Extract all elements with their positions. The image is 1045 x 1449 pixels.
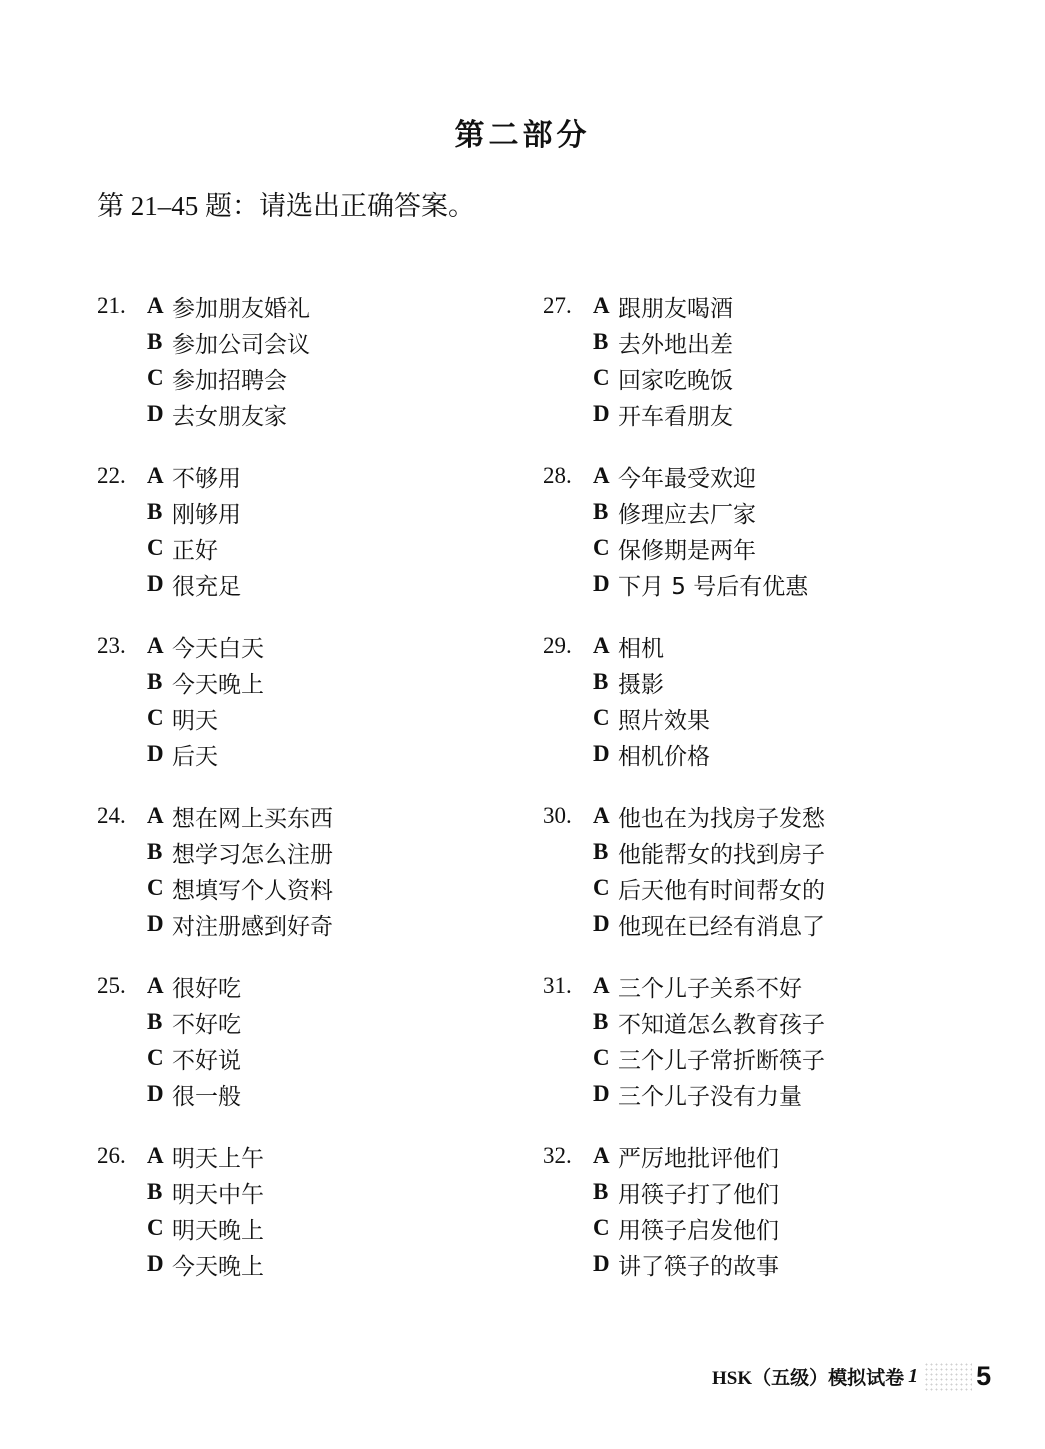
- option-letter: A: [593, 633, 618, 659]
- option-list: A今年最受欢迎 B修理应去厂家 C保修期是两年 D下月 5 号后有优惠: [593, 458, 808, 602]
- option-text: 明天中午: [172, 1176, 264, 1209]
- option-letter: C: [147, 535, 172, 561]
- option-letter: A: [147, 633, 172, 659]
- option-text: 下月 5 号后有优惠: [618, 568, 808, 601]
- option-c[interactable]: C明天: [147, 700, 264, 736]
- option-c[interactable]: C想填写个人资料: [147, 870, 333, 906]
- instruction: 第 21–45 题：请选出正确答案。: [97, 184, 475, 223]
- option-letter: D: [593, 1081, 618, 1107]
- option-c[interactable]: C正好: [147, 530, 241, 566]
- section-title: 第二部分: [0, 110, 1045, 154]
- option-text: 去外地出差: [618, 326, 733, 359]
- question-number: 28.: [543, 458, 572, 494]
- question-number: 27.: [543, 288, 572, 324]
- option-c[interactable]: C回家吃晚饭: [593, 360, 733, 396]
- option-letter: C: [147, 365, 172, 391]
- option-text: 三个儿子关系不好: [618, 970, 802, 1003]
- option-text: 后天: [172, 738, 218, 771]
- option-letter: C: [593, 705, 618, 731]
- option-letter: D: [593, 571, 618, 597]
- option-text: 用筷子启发他们: [618, 1212, 779, 1245]
- option-letter: D: [147, 1081, 172, 1107]
- option-list: A不够用 B刚够用 C正好 D很充足: [147, 458, 241, 602]
- instruction-suffix: 题：请选出正确答案。: [205, 191, 475, 221]
- option-c[interactable]: C明天晚上: [147, 1210, 264, 1246]
- option-text: 跟朋友喝酒: [618, 290, 733, 323]
- option-d[interactable]: D今天晚上: [147, 1246, 264, 1282]
- option-letter: D: [147, 1251, 172, 1277]
- option-text: 对注册感到好奇: [172, 908, 333, 941]
- option-list: A他也在为找房子发愁 B他能帮女的找到房子 C后天他有时间帮女的 D他现在已经有…: [593, 798, 825, 942]
- footer-title: HSK（五级）模拟试卷: [712, 1363, 904, 1390]
- option-d[interactable]: D对注册感到好奇: [147, 906, 333, 942]
- option-list: A想在网上买东西 B想学习怎么注册 C想填写个人资料 D对注册感到好奇: [147, 798, 333, 942]
- option-text: 不够用: [172, 460, 241, 493]
- option-letter: B: [147, 1009, 172, 1035]
- option-a[interactable]: A今天白天: [147, 628, 264, 664]
- option-list: A三个儿子关系不好 B不知道怎么教育孩子 C三个儿子常折断筷子 D三个儿子没有力…: [593, 968, 825, 1112]
- option-d[interactable]: D下月 5 号后有优惠: [593, 566, 808, 602]
- option-letter: A: [593, 803, 618, 829]
- option-text: 相机价格: [618, 738, 710, 771]
- question-number: 31.: [543, 968, 572, 1004]
- option-text: 今天晚上: [172, 1248, 264, 1281]
- option-d[interactable]: D去女朋友家: [147, 396, 310, 432]
- option-b[interactable]: B修理应去厂家: [593, 494, 808, 530]
- option-letter: D: [593, 741, 618, 767]
- option-letter: B: [147, 1179, 172, 1205]
- option-text: 去女朋友家: [172, 398, 287, 431]
- option-text: 明天上午: [172, 1140, 264, 1173]
- option-c[interactable]: C三个儿子常折断筷子: [593, 1040, 825, 1076]
- option-letter: B: [147, 669, 172, 695]
- option-b[interactable]: B参加公司会议: [147, 324, 310, 360]
- option-d[interactable]: D相机价格: [593, 736, 710, 772]
- option-letter: B: [593, 1009, 618, 1035]
- option-list: A很好吃 B不好吃 C不好说 D很一般: [147, 968, 241, 1112]
- option-letter: A: [593, 1143, 618, 1169]
- option-text: 想填写个人资料: [172, 872, 333, 905]
- option-text: 明天晚上: [172, 1212, 264, 1245]
- option-letter: D: [147, 571, 172, 597]
- option-letter: B: [593, 329, 618, 355]
- option-text: 参加招聘会: [172, 362, 287, 395]
- option-d[interactable]: D很充足: [147, 566, 241, 602]
- option-letter: C: [147, 875, 172, 901]
- option-a[interactable]: A参加朋友婚礼: [147, 288, 310, 324]
- option-c[interactable]: C照片效果: [593, 700, 710, 736]
- question-number: 23.: [97, 628, 126, 664]
- option-text: 他能帮女的找到房子: [618, 836, 825, 869]
- option-a[interactable]: A严厉地批评他们: [593, 1138, 779, 1174]
- option-a[interactable]: A很好吃: [147, 968, 241, 1004]
- option-list: A相机 B摄影 C照片效果 D相机价格: [593, 628, 710, 772]
- option-letter: D: [593, 911, 618, 937]
- option-text: 今年最受欢迎: [618, 460, 756, 493]
- option-text: 想学习怎么注册: [172, 836, 333, 869]
- option-letter: C: [593, 1215, 618, 1241]
- option-letter: B: [147, 329, 172, 355]
- option-text: 严厉地批评他们: [618, 1140, 779, 1173]
- option-letter: A: [147, 1143, 172, 1169]
- option-letter: D: [593, 401, 618, 427]
- option-b[interactable]: B想学习怎么注册: [147, 834, 333, 870]
- option-letter: D: [593, 1251, 618, 1277]
- option-a[interactable]: A明天上午: [147, 1138, 264, 1174]
- option-text: 他现在已经有消息了: [618, 908, 825, 941]
- option-d[interactable]: D他现在已经有消息了: [593, 906, 825, 942]
- option-c[interactable]: C参加招聘会: [147, 360, 310, 396]
- option-letter: B: [593, 839, 618, 865]
- option-text: 三个儿子常折断筷子: [618, 1042, 825, 1075]
- option-letter: C: [147, 1215, 172, 1241]
- option-text: 很充足: [172, 568, 241, 601]
- option-b[interactable]: B去外地出差: [593, 324, 733, 360]
- option-d[interactable]: D三个儿子没有力量: [593, 1076, 825, 1112]
- option-b[interactable]: B摄影: [593, 664, 710, 700]
- option-text: 今天白天: [172, 630, 264, 663]
- option-text: 相机: [618, 630, 664, 663]
- option-text: 保修期是两年: [618, 532, 756, 565]
- instruction-prefix: 第: [97, 191, 124, 221]
- option-b[interactable]: B用筷子打了他们: [593, 1174, 779, 1210]
- option-text: 三个儿子没有力量: [618, 1078, 802, 1111]
- option-a[interactable]: A跟朋友喝酒: [593, 288, 733, 324]
- option-a[interactable]: A相机: [593, 628, 710, 664]
- option-text: 很一般: [172, 1078, 241, 1111]
- page-footer: HSK（五级）模拟试卷 1 5: [712, 1361, 991, 1392]
- option-text: 后天他有时间帮女的: [618, 872, 825, 905]
- option-letter: C: [147, 705, 172, 731]
- question-number: 26.: [97, 1138, 126, 1174]
- option-b[interactable]: B明天中午: [147, 1174, 264, 1210]
- scan-noise-decoration: [924, 1362, 972, 1392]
- option-text: 参加公司会议: [172, 326, 310, 359]
- option-letter: B: [593, 1179, 618, 1205]
- option-letter: C: [593, 1045, 618, 1071]
- option-letter: D: [147, 911, 172, 937]
- option-text: 摄影: [618, 666, 664, 699]
- option-text: 照片效果: [618, 702, 710, 735]
- page-number: 5: [976, 1361, 991, 1392]
- option-text: 今天晚上: [172, 666, 264, 699]
- option-text: 用筷子打了他们: [618, 1176, 779, 1209]
- option-b[interactable]: B他能帮女的找到房子: [593, 834, 825, 870]
- option-text: 正好: [172, 532, 218, 565]
- option-list: A参加朋友婚礼 B参加公司会议 C参加招聘会 D去女朋友家: [147, 288, 310, 432]
- option-letter: B: [147, 499, 172, 525]
- option-b[interactable]: B不好吃: [147, 1004, 241, 1040]
- option-c[interactable]: C用筷子启发他们: [593, 1210, 779, 1246]
- option-text: 修理应去厂家: [618, 496, 756, 529]
- option-d[interactable]: D开车看朋友: [593, 396, 733, 432]
- option-letter: A: [147, 803, 172, 829]
- option-a[interactable]: A三个儿子关系不好: [593, 968, 825, 1004]
- option-text: 不好吃: [172, 1006, 241, 1039]
- option-d[interactable]: D讲了筷子的故事: [593, 1246, 779, 1282]
- option-text: 想在网上买东西: [172, 800, 333, 833]
- option-b[interactable]: B刚够用: [147, 494, 241, 530]
- option-text: 刚够用: [172, 496, 241, 529]
- option-letter: A: [593, 973, 618, 999]
- option-c[interactable]: C后天他有时间帮女的: [593, 870, 825, 906]
- footer-volume: 1: [908, 1365, 918, 1388]
- option-letter: C: [593, 535, 618, 561]
- option-letter: A: [593, 463, 618, 489]
- option-d[interactable]: D很一般: [147, 1076, 241, 1112]
- option-letter: B: [593, 669, 618, 695]
- question-number: 21.: [97, 288, 126, 324]
- option-list: A严厉地批评他们 B用筷子打了他们 C用筷子启发他们 D讲了筷子的故事: [593, 1138, 779, 1282]
- option-a[interactable]: A他也在为找房子发愁: [593, 798, 825, 834]
- option-a[interactable]: A想在网上买东西: [147, 798, 333, 834]
- option-b[interactable]: B不知道怎么教育孩子: [593, 1004, 825, 1040]
- option-letter: A: [147, 293, 172, 319]
- option-a[interactable]: A不够用: [147, 458, 241, 494]
- option-c[interactable]: C不好说: [147, 1040, 241, 1076]
- option-text: 回家吃晚饭: [618, 362, 733, 395]
- option-letter: A: [593, 293, 618, 319]
- option-letter: C: [147, 1045, 172, 1071]
- option-a[interactable]: A今年最受欢迎: [593, 458, 808, 494]
- option-text: 不好说: [172, 1042, 241, 1075]
- instruction-range: 21–45: [131, 191, 199, 221]
- option-b[interactable]: B今天晚上: [147, 664, 264, 700]
- option-text: 他也在为找房子发愁: [618, 800, 825, 833]
- question-number: 29.: [543, 628, 572, 664]
- option-letter: C: [593, 875, 618, 901]
- option-text: 开车看朋友: [618, 398, 733, 431]
- option-letter: D: [147, 741, 172, 767]
- question-number: 25.: [97, 968, 126, 1004]
- option-d[interactable]: D后天: [147, 736, 264, 772]
- option-text: 很好吃: [172, 970, 241, 1003]
- question-number: 22.: [97, 458, 126, 494]
- option-text: 明天: [172, 702, 218, 735]
- option-text: 讲了筷子的故事: [618, 1248, 779, 1281]
- option-list: A今天白天 B今天晚上 C明天 D后天: [147, 628, 264, 772]
- question-number: 30.: [543, 798, 572, 834]
- option-letter: D: [147, 401, 172, 427]
- option-list: A跟朋友喝酒 B去外地出差 C回家吃晚饭 D开车看朋友: [593, 288, 733, 432]
- option-text: 不知道怎么教育孩子: [618, 1006, 825, 1039]
- option-c[interactable]: C保修期是两年: [593, 530, 808, 566]
- question-number: 24.: [97, 798, 126, 834]
- option-letter: C: [593, 365, 618, 391]
- option-letter: A: [147, 463, 172, 489]
- option-letter: A: [147, 973, 172, 999]
- option-letter: B: [593, 499, 618, 525]
- option-letter: B: [147, 839, 172, 865]
- option-list: A明天上午 B明天中午 C明天晚上 D今天晚上: [147, 1138, 264, 1282]
- option-text: 参加朋友婚礼: [172, 290, 310, 323]
- question-number: 32.: [543, 1138, 572, 1174]
